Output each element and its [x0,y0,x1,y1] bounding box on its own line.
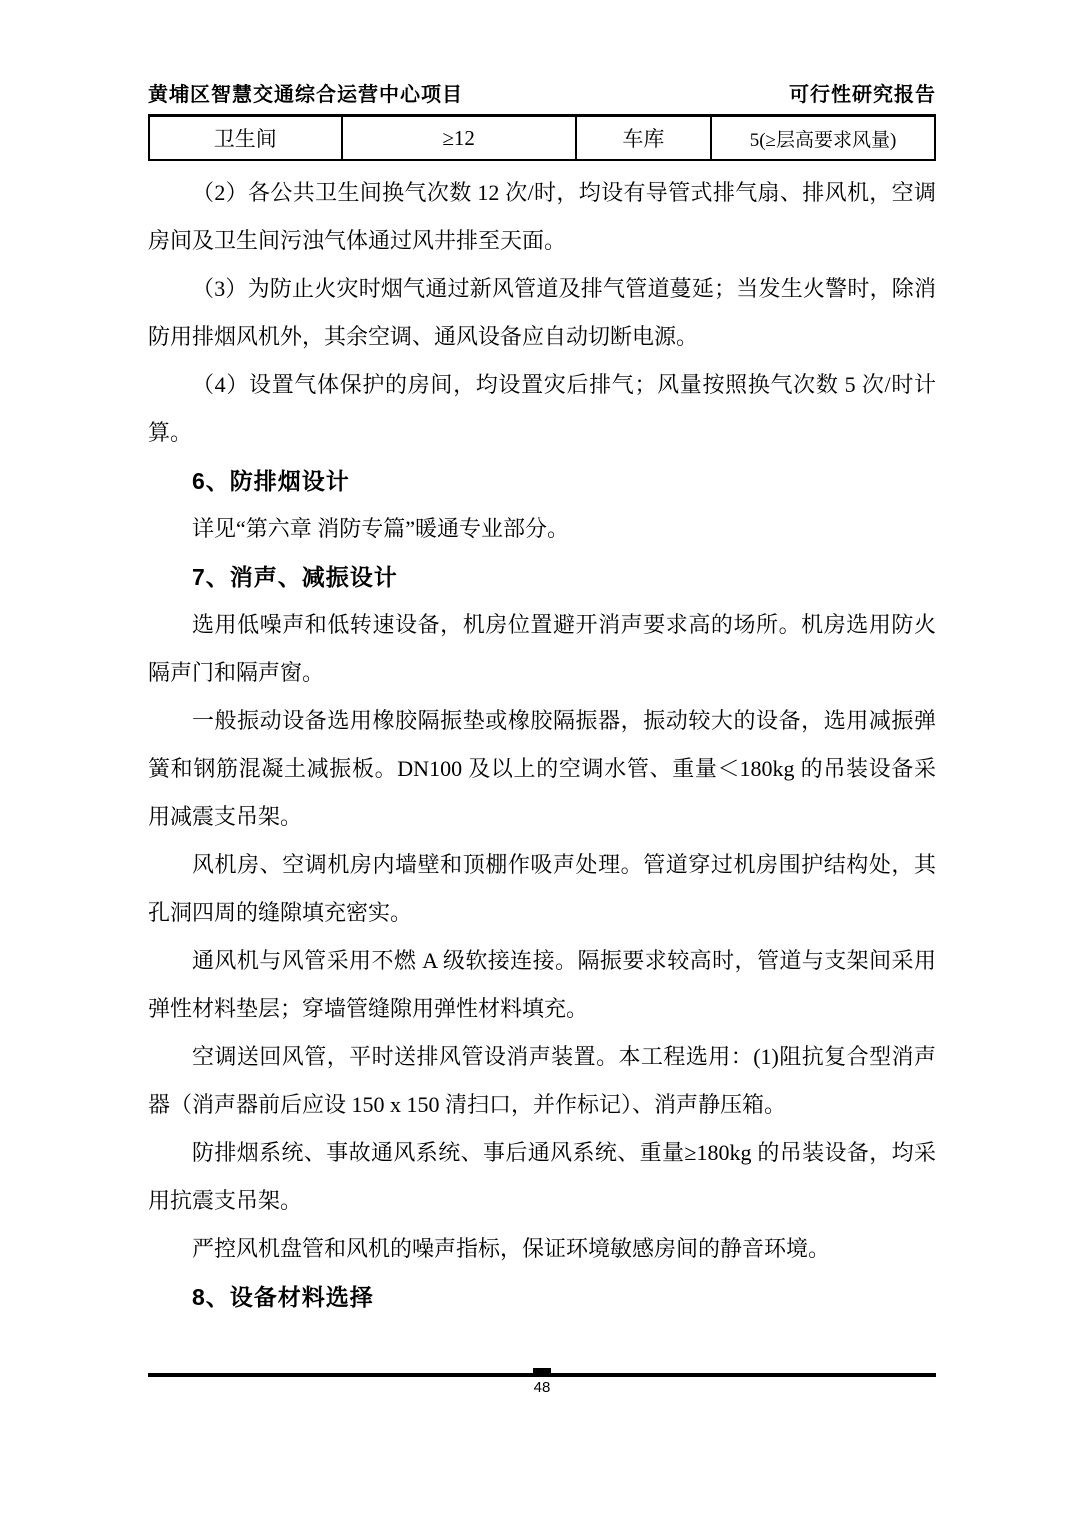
page-header: 黄埔区智慧交通综合运营中心项目 可行性研究报告 [148,0,936,107]
body-paragraph: 空调送回风管，平时送排风管设消声装置。本工程选用：(1)阻抗复合型消声器（消声器… [148,1033,936,1129]
table-row: 卫生间 ≥12 车库 5(≥层高要求风量) [149,116,935,161]
body-paragraph: 严控风机盘管和风机的噪声指标，保证环境敏感房间的静音环境。 [148,1225,936,1273]
body-paragraph: （3）为防止火灾时烟气通过新风管道及排气管道蔓延；当发生火警时，除消防用排烟风机… [148,265,936,361]
section-heading: 6、防排烟设计 [148,457,936,505]
document-body: （2）各公共卫生间换气次数 12 次/时，均设有导管式排气扇、排风机，空调房间及… [148,161,936,1321]
document-page: 黄埔区智慧交通综合运营中心项目 可行性研究报告 卫生间 ≥12 车库 5(≥层高… [0,0,1080,1527]
footer-rule [148,1373,936,1377]
table-cell-room-2: 车库 [576,116,711,161]
page-number-tick [533,1368,551,1373]
table-cell-room: 卫生间 [149,116,342,161]
section-heading: 8、设备材料选择 [148,1273,936,1321]
section-heading: 7、消声、减振设计 [148,553,936,601]
body-paragraph: 选用低噪声和低转速设备，机房位置避开消声要求高的场所。机房选用防火隔声门和隔声窗… [148,601,936,697]
body-paragraph: （4）设置气体保护的房间，均设置灾后排气；风量按照换气次数 5 次/时计算。 [148,361,936,457]
body-paragraph: 通风机与风管采用不燃 A 级软接连接。隔振要求较高时，管道与支架间采用弹性材料垫… [148,937,936,1033]
body-paragraph: 一般振动设备选用橡胶隔振垫或橡胶隔振器，振动较大的设备，选用减振弹簧和钢筋混凝土… [148,697,936,841]
body-paragraph: （2）各公共卫生间换气次数 12 次/时，均设有导管式排气扇、排风机，空调房间及… [148,169,936,265]
header-project-title: 黄埔区智慧交通综合运营中心项目 [148,78,463,107]
table-cell-rate-2: 5(≥层高要求风量) [711,116,935,161]
page-footer: 48 [148,1373,936,1396]
body-paragraph: 防排烟系统、事故通风系统、事后通风系统、重量≥180kg 的吊装设备，均采用抗震… [148,1129,936,1225]
body-paragraph: 风机房、空调机房内墙壁和顶棚作吸声处理。管道穿过机房围护结构处，其孔洞四周的缝隙… [148,841,936,937]
body-paragraph: 详见“第六章 消防专篇”暖通专业部分。 [148,505,936,553]
ventilation-spec-table: 卫生间 ≥12 车库 5(≥层高要求风量) [148,114,936,161]
table-cell-rate: ≥12 [342,116,576,161]
header-report-type: 可行性研究报告 [789,78,936,107]
page-number: 48 [148,1379,936,1396]
